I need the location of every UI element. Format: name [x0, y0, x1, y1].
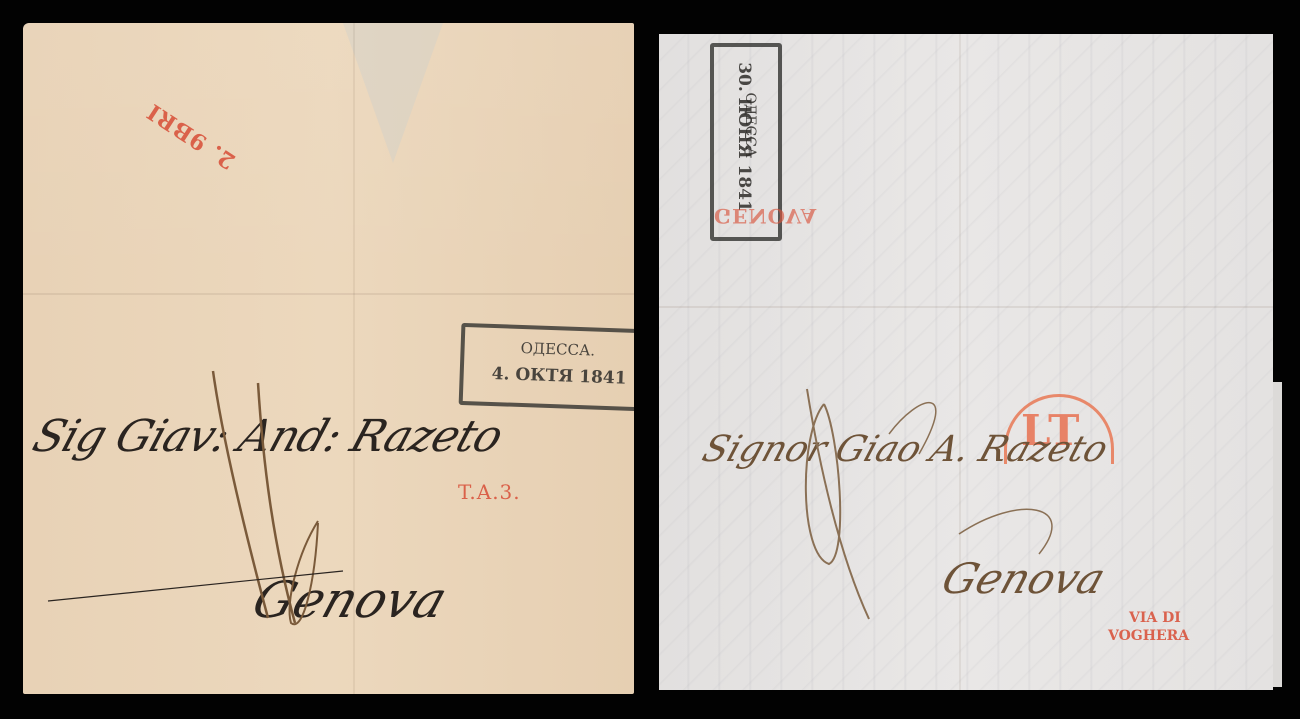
- postmark-city: ОДЕССА.: [520, 339, 595, 360]
- recipient-name: Signor Giao A. Razeto: [697, 429, 1113, 470]
- destination-city: Genova: [246, 571, 455, 629]
- red-date-stamp: 2. 9BRI: [142, 98, 240, 174]
- cover-edge: [1272, 382, 1282, 687]
- fold-line: [23, 293, 634, 295]
- transit-mark: T.A.3.: [458, 480, 521, 504]
- postmark-date: 30. ІЮНЯ 1841: [734, 57, 754, 217]
- fold-line: [659, 306, 1273, 308]
- route-mark-line2: VOGHERA: [1108, 628, 1189, 644]
- postmark-date: 4. ОКТЯ 1841: [491, 364, 626, 389]
- envelope-flap: [343, 23, 443, 163]
- destination-city: Genova: [936, 554, 1111, 603]
- postal-cover-left: 2. 9BRI ОДЕССА. 4. ОКТЯ 1841 T.A.3. Sig …: [23, 23, 634, 694]
- red-date-stamp: GENOVA: [714, 204, 817, 228]
- odessa-postmark-box: ОДЕССА. 4. ОКТЯ 1841: [459, 323, 634, 411]
- route-mark-line1: VIA DI: [1129, 610, 1181, 626]
- postal-cover-right: ОДЕССА 30. ІЮНЯ 1841 GENOVA LT Signor Gi…: [659, 34, 1273, 690]
- recipient-name: Sig Giav: And: Razeto: [27, 411, 509, 462]
